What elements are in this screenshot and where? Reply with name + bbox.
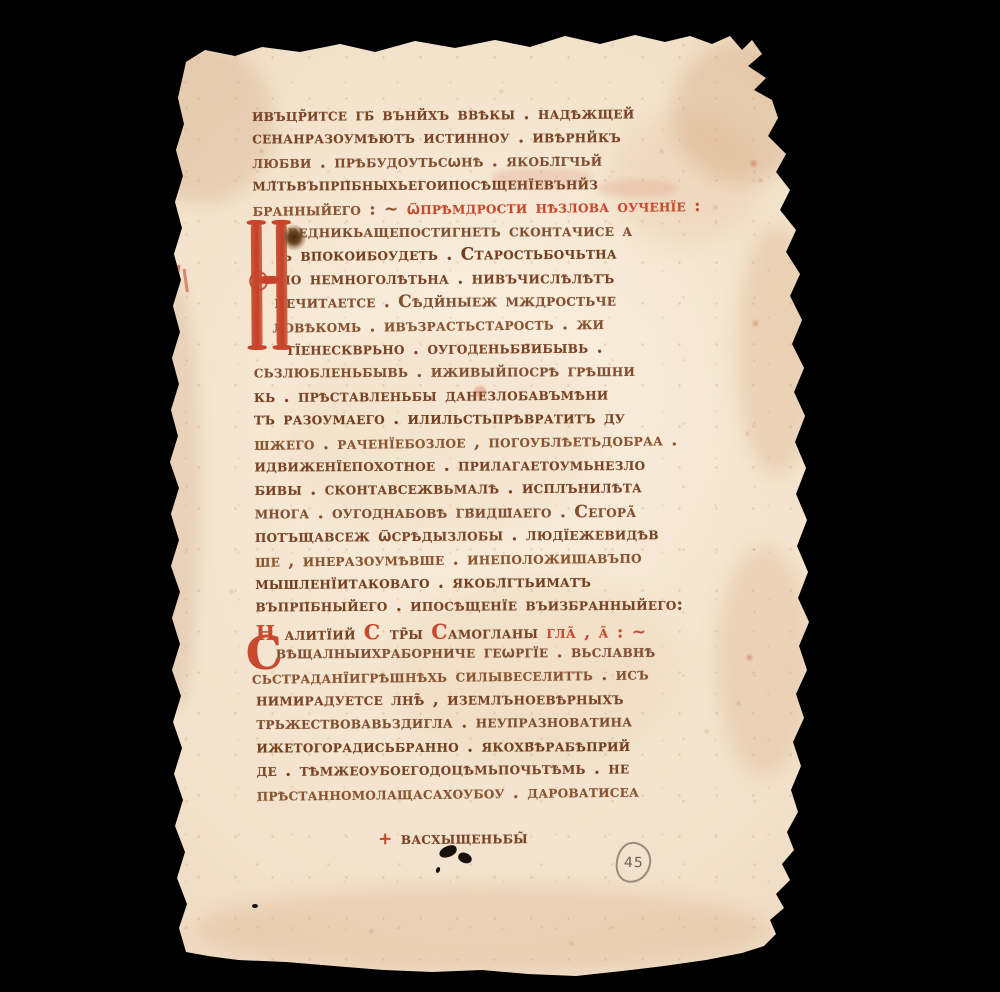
photo-scene: ивъцр̃итсе гь̃ вънйхъ ввѣкы . надѣжщейсе… bbox=[0, 0, 1000, 992]
rust-flecks bbox=[140, 30, 143, 33]
text-lines: ивъцр̃итсе гь̃ вънйхъ ввѣкы . надѣжщейсе… bbox=[139, 26, 819, 31]
manuscript-leaf: ивъцр̃итсе гь̃ вънйхъ ввѣкы . надѣжщейсе… bbox=[140, 30, 820, 980]
edge-vignette bbox=[140, 30, 820, 980]
